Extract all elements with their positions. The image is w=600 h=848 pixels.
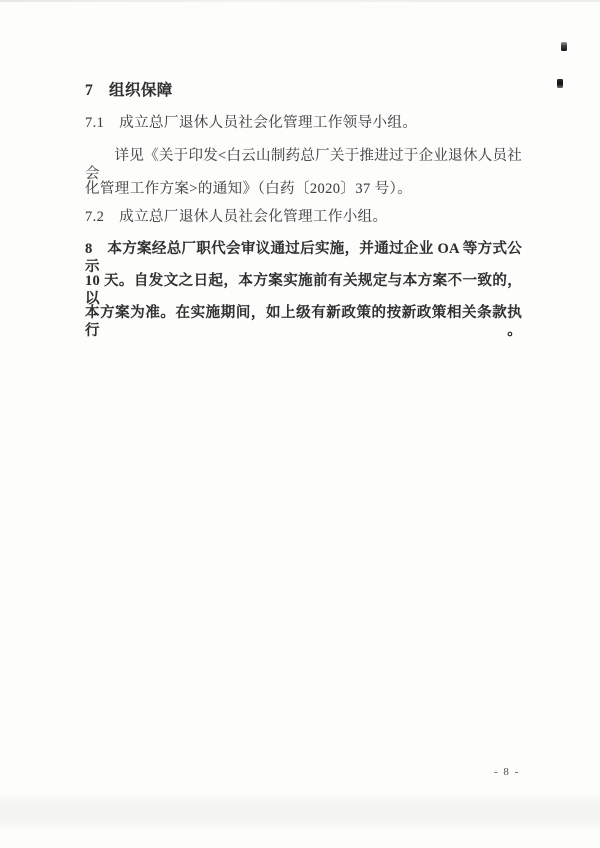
section-8-paragraph-line-1: 8 本方案经总厂职代会审议通过后实施，并通过企业 OA 等方式公示 [85, 240, 522, 276]
clause-7-1: 7.1 成立总厂退休人员社会化管理工作领导小组。 [85, 114, 522, 132]
section-7-heading: 7 组织保障 [85, 81, 522, 100]
ink-speck-icon [561, 42, 567, 51]
ink-speck-icon [557, 79, 563, 88]
section-8-paragraph-line-3: 本方案为准。在实施期间，如上级有新政策的按新政策相关条款执行。 [85, 304, 522, 340]
scan-edge-artifact [0, 0, 600, 2]
scan-shadow-band [0, 792, 600, 830]
reference-paragraph-line-1: 详见《关于印发<白云山制药总厂关于推进过于企业退休人员社会 [85, 147, 522, 183]
scanned-document-page: 7 组织保障 7.1 成立总厂退休人员社会化管理工作领导小组。 详见《关于印发<… [0, 0, 600, 848]
section-8-paragraph-line-2: 10 天。自发文之日起，本方案实施前有关规定与本方案不一致的，以 [85, 272, 522, 308]
clause-7-2: 7.2 成立总厂退休人员社会化管理工作小组。 [85, 208, 522, 226]
page-number: - 8 - [494, 766, 520, 778]
reference-paragraph-line-2: 化管理工作方案>的通知》（白药〔2020〕37 号）。 [85, 180, 522, 198]
